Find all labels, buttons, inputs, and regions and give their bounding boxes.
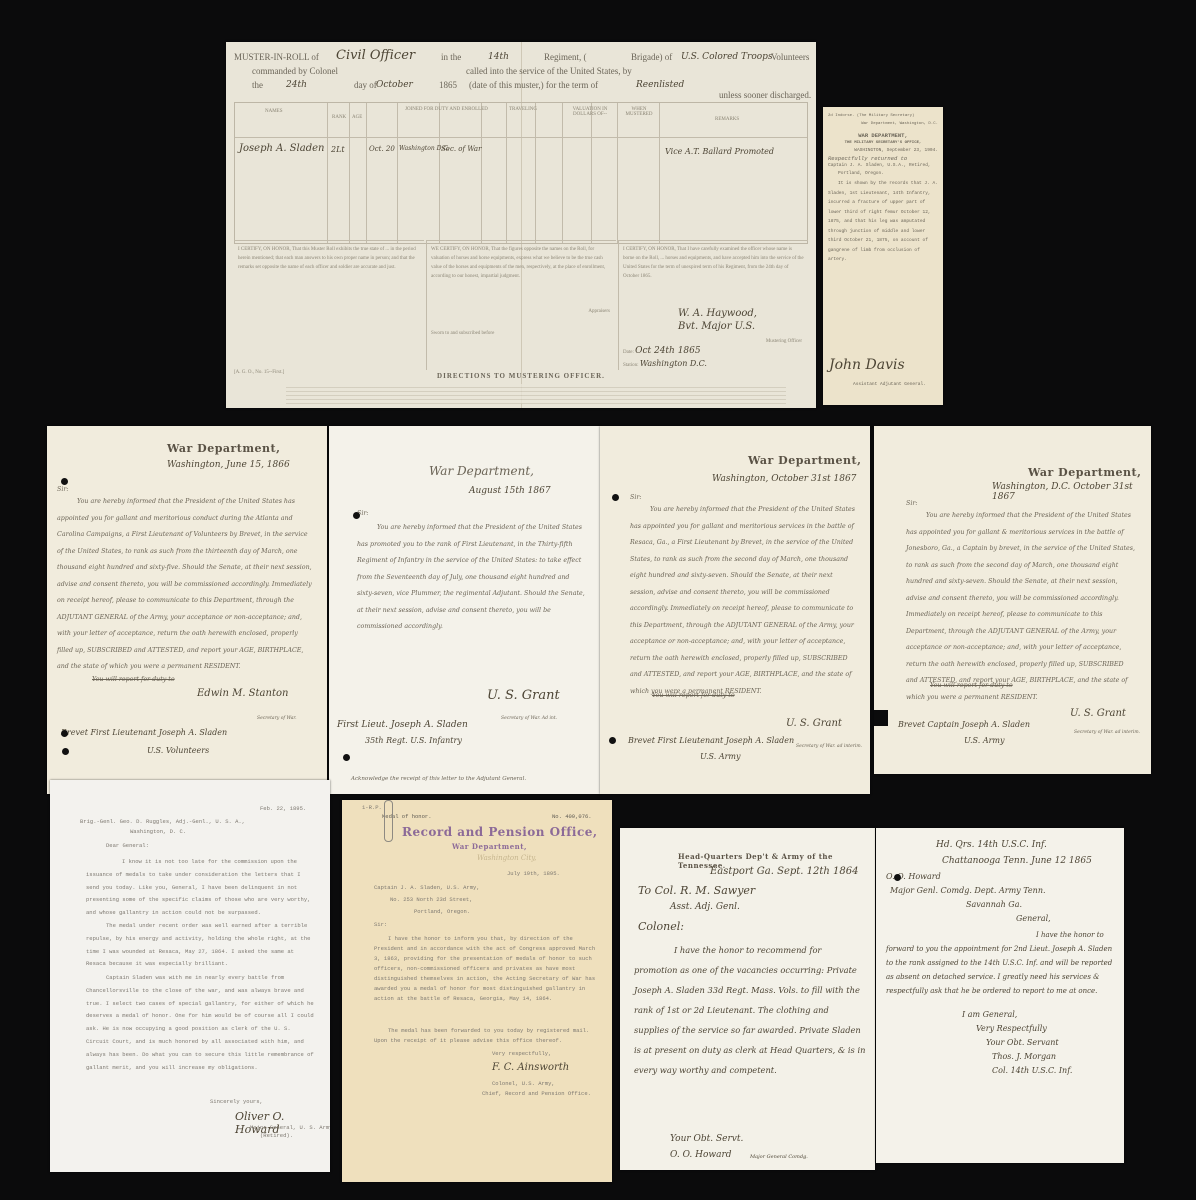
military-secretary-memo: 2d Indorse. (The Military Secretary) War… <box>823 107 943 405</box>
mustering-signature: W. A. Haywood, Bvt. Major U.S. <box>678 307 768 333</box>
row-name: Joseph A. Sladen <box>239 143 324 154</box>
paper-clip-icon <box>384 800 393 842</box>
directions-heading: DIRECTIONS TO MUSTERING OFFICER. <box>226 372 816 380</box>
muster-in-roll-document: MUSTER-IN-ROLL of Civil Officer in the 1… <box>226 42 816 408</box>
fine-print <box>286 384 786 404</box>
certification-appraisers: WE CERTIFY, ON HONOR, That the figures o… <box>426 240 616 370</box>
army-of-tennessee-letter: Head-Quarters Dep't & Army of the Tennes… <box>620 828 875 1170</box>
memo-signature: John Davis <box>829 357 905 373</box>
certification-mustering: I CERTIFY, ON HONOR, That I have careful… <box>618 240 808 370</box>
morgan-signature: Thos. J. Morgan <box>992 1052 1056 1061</box>
commission-letter-1867-promotion: War Department, August 15th 1867 Sir: Yo… <box>329 426 600 794</box>
commission-letter-1867-brevet-captain: War Department, Washington, D.C. October… <box>874 426 1151 774</box>
office-letterhead: Record and Pension Office, <box>402 825 598 839</box>
commission-letter-1867-brevet-lieutenant: War Department, Washington, October 31st… <box>600 426 870 794</box>
certification-left: I CERTIFY, ON HONOR, That this Muster Ro… <box>234 240 424 370</box>
howard-typed-letter: Feb. 22, 1895. Brig.-Genl. Geo. D. Ruggl… <box>50 780 330 1172</box>
commission-letter-1866: War Department, Washington, June 15, 186… <box>47 426 327 794</box>
chattanooga-letter: Hd. Qrs. 14th U.S.C. Inf. Chattanooga Te… <box>876 828 1124 1163</box>
record-and-pension-office-letter: 1-R.P. Medal of honor. No. 409,076. Reco… <box>342 800 612 1182</box>
row-remarks: Vice A.T. Ballard Promoted <box>665 147 774 156</box>
unit-value: Civil Officer <box>336 48 415 63</box>
grant-signature: U. S. Grant <box>487 688 560 703</box>
ainsworth-signature: F. C. Ainsworth <box>492 1062 569 1073</box>
stanton-signature: Edwin M. Stanton <box>197 688 288 699</box>
muster-table: NAMES RANK AGE JOINED FOR DUTY AND ENROL… <box>234 102 808 244</box>
